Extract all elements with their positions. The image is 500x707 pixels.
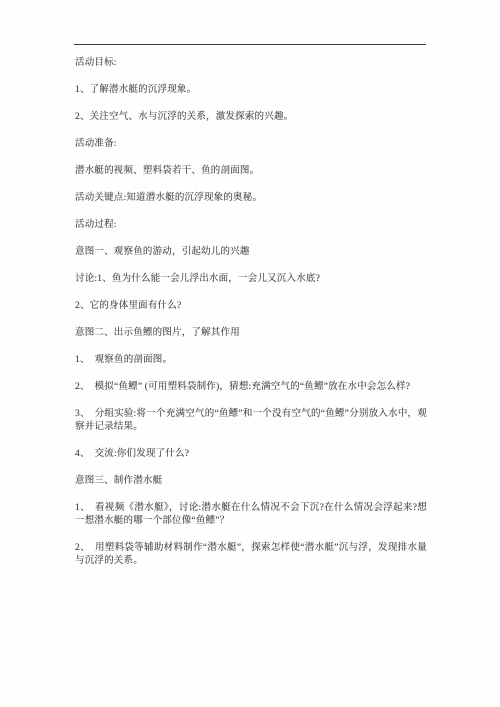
section-title-activity-process: 活动过程: (75, 219, 427, 232)
intent-1-discussion-question-2: 2、它的身体里面有什么? (75, 300, 427, 313)
intent-1-discussion-question-1: 讨论:1、鱼为什么能一会儿浮出水面，一会儿又沉入水底? (75, 273, 427, 286)
intent-2-step-4: 4、 交流:你们发现了什么? (75, 448, 427, 461)
intent-1-heading: 意图一、观察鱼的游动，引起幼儿的兴趣 (75, 246, 427, 259)
goal-item-1: 1、了解潜水艇的沉浮现象。 (75, 84, 427, 97)
goal-item-2: 2、关注空气、水与沉浮的关系，激发探索的兴趣。 (75, 111, 427, 124)
activity-key-point: 活动关键点:知道潜水艇的沉浮现象的奥秘。 (75, 192, 427, 205)
intent-3-heading: 意图三、制作潜水艇 (75, 475, 427, 488)
document-page: 活动目标: 1、了解潜水艇的沉浮现象。 2、关注空气、水与沉浮的关系，激发探索的… (0, 0, 500, 707)
preparation-materials: 潜水艇的视频、塑料袋若干、鱼的剖面图。 (75, 165, 427, 178)
section-title-activity-preparation: 活动准备: (75, 138, 427, 151)
intent-3-step-2: 2、 用塑料袋等辅助材料制作“潜水艇”，探索怎样使“潜水艇”沉与浮，发现排水量与… (75, 542, 427, 568)
section-title-activity-goals: 活动目标: (75, 57, 427, 70)
horizontal-divider (74, 44, 426, 45)
intent-2-step-2: 2、 模拟“鱼鳔” (可用塑料袋制作)，猜想:充满空气的“鱼鳔”放在水中会怎么样… (75, 381, 427, 394)
intent-2-step-1: 1、 观察鱼的剖面图。 (75, 354, 427, 367)
intent-3-step-1: 1、 看视频《潜水艇》，讨论:潜水艇在什么情况不会下沉?在什么情况会浮起来?想一… (75, 502, 427, 528)
document-content: 活动目标: 1、了解潜水艇的沉浮现象。 2、关注空气、水与沉浮的关系，激发探索的… (75, 57, 427, 582)
intent-2-step-3: 3、 分组实验:将一个充满空气的“鱼鳔”和一个没有空气的“鱼鳔”分别放入水中，观… (75, 408, 427, 434)
intent-2-heading: 意图二、出示鱼鳔的图片，了解其作用 (75, 327, 427, 340)
